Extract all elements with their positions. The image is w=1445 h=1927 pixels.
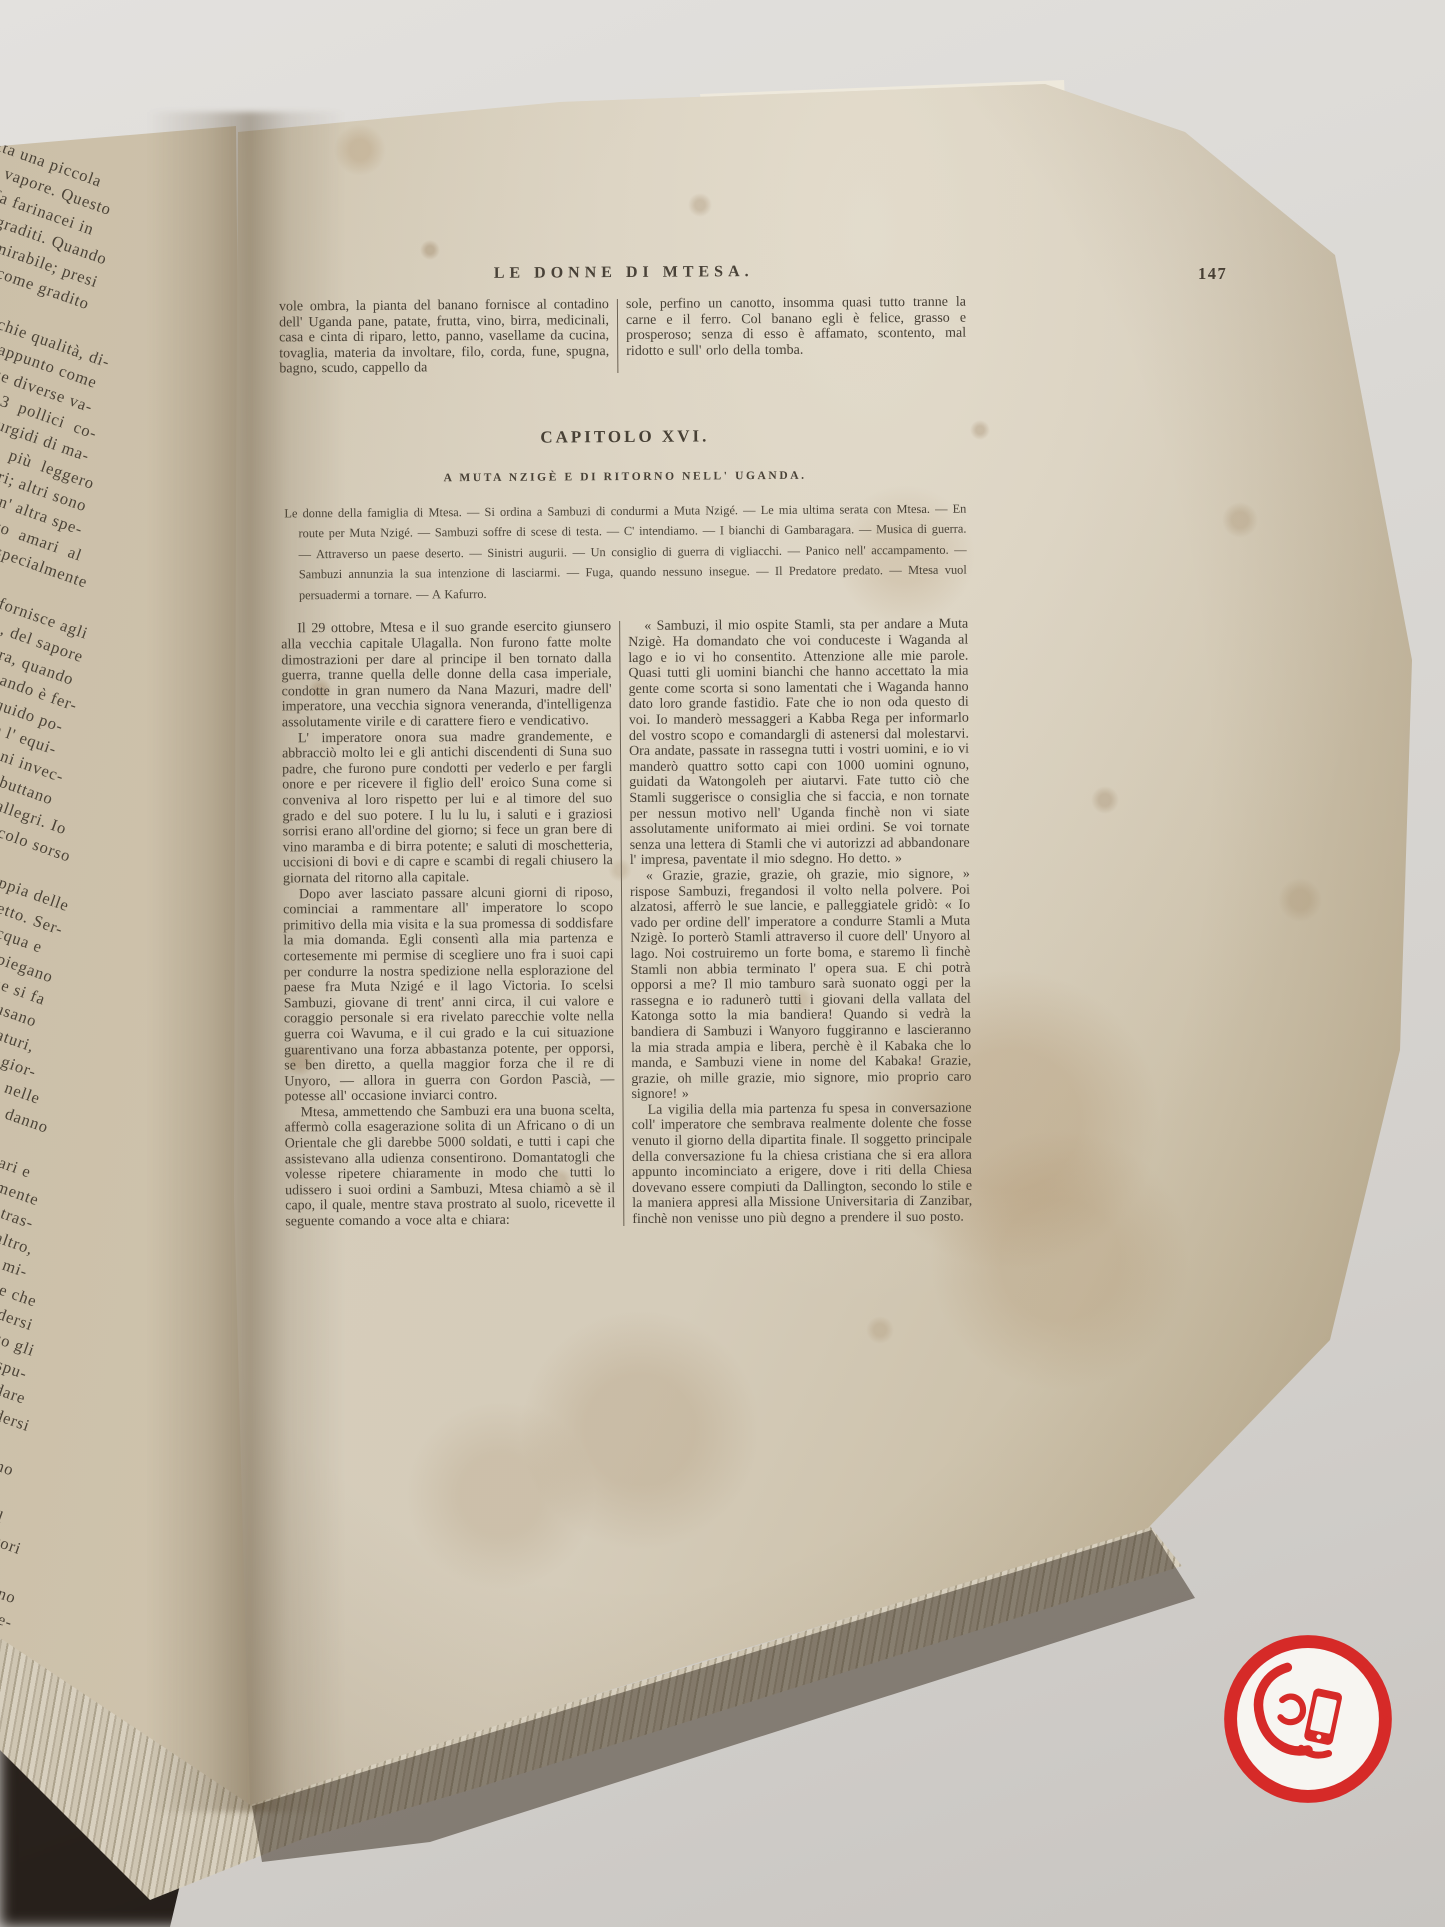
body-left-column: Il 29 ottobre, Mtesa e il suo grande ese…	[281, 620, 615, 1230]
column-divider	[617, 299, 619, 373]
paragraph: Dopo aver lasciato passare alcuni giorni…	[283, 885, 615, 1106]
previous-section-columns: vole ombra, la pianta del banano fornisc…	[279, 295, 970, 378]
body-right-column: « Sambuzi, il mio ospite Stamli, sta per…	[628, 617, 972, 1228]
book-photo: nella pignatta una piccolanano solo a va…	[0, 0, 1445, 1927]
column-divider	[619, 622, 624, 1226]
paragraph: « Grazie, grazie, grazie, oh grazie, mio…	[630, 867, 972, 1103]
page-number: 147	[1198, 264, 1268, 284]
paragraph: « Sambuzi, il mio ospite Stamli, sta per…	[628, 617, 970, 869]
paragraph: L' imperatore onora sua madre grandement…	[282, 729, 613, 887]
page-text-block: LE DONNE DI MTESA. vole ombra, la pianta…	[279, 262, 976, 1230]
prev-section-left-column: vole ombra, la pianta del banano fornisc…	[279, 297, 610, 377]
body-columns: Il 29 ottobre, Mtesa e il suo grande ese…	[281, 617, 975, 1230]
paragraph: Mtesa, ammettendo che Sambuzi era una bu…	[285, 1103, 616, 1230]
paragraph: La vigilia della mia partenza fu spesa i…	[631, 1100, 972, 1227]
paragraph: Il 29 ottobre, Mtesa e il suo grande ese…	[281, 620, 612, 731]
chapter-summary: Le donne della famiglia di Mtesa. — Si o…	[284, 499, 967, 606]
stamp-logo: FRECCIA SERVICE	[1222, 1633, 1394, 1805]
prev-section-right-column: sole, perfino un canotto, insomma quasi …	[626, 295, 967, 375]
freccia-service-stamp: FRECCIA SERVICE	[1222, 1633, 1394, 1805]
chapter-heading: CAPITOLO XVI.	[280, 425, 970, 450]
chapter-subtitle: A MUTA NZIGÈ E DI RITORNO NELL' UGANDA.	[280, 469, 970, 486]
running-header: LE DONNE DI MTESA.	[279, 262, 969, 285]
